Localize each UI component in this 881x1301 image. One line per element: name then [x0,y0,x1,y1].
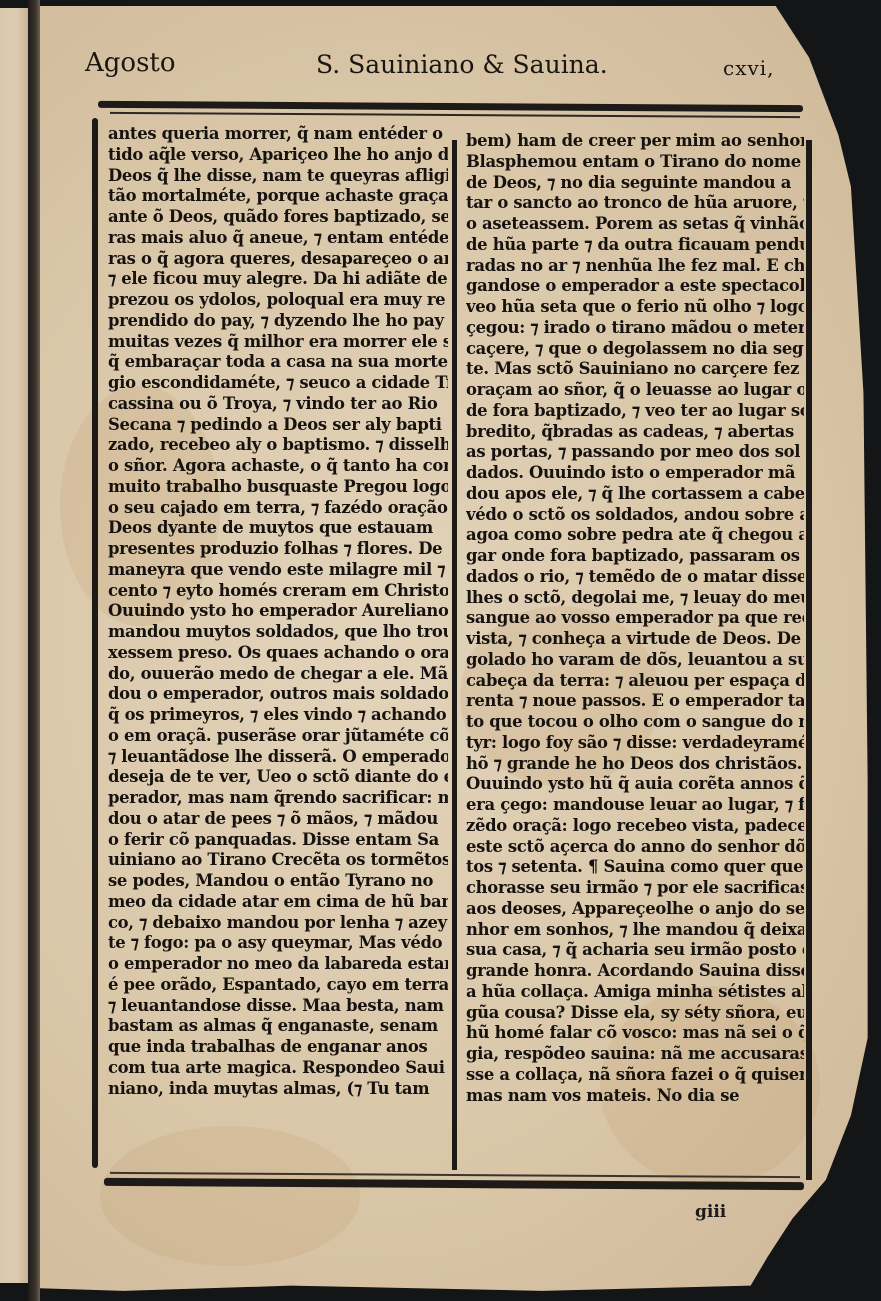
text-line: este sctõ açerca do anno do senhor dõ du… [466,837,804,858]
text-line: sua casa, ⁊ q̃ acharia seu irmão posto e… [466,940,804,961]
text-line: presentes produzio folhas ⁊ flores. De [108,539,448,560]
text-line: dou apos ele, ⁊ q̃ lhe cortassem a cabeç… [466,484,804,505]
text-line: deseja de te ver, Ueo o sctõ diante do e… [108,767,448,788]
text-line: gandose o emperador a este spectacolo, [466,276,804,297]
text-line: grande honra. Acordando Sauina disse [466,961,804,982]
text-line: Blasphemou entam o Tirano do nome [466,152,804,173]
text-line: mandou muytos soldados, que lho trou [108,622,448,643]
text-line: uiniano ao Tirano Crecẽta os tormẽtos [108,850,448,871]
text-line: do, ouuerão medo de chegar a ele. Mã [108,664,448,685]
text-line: dou o emperador, outros mais soldados, [108,684,448,705]
text-line: te. Mas sctõ Sauiniano no carçere fez [466,359,804,380]
text-line: que inda trabalhas de enganar anos [108,1037,448,1058]
running-header: Agosto S. Sauiniano & Sauina. cxvi, [85,48,801,88]
text-line: maneyra que vendo este milagre mil ⁊ [108,560,448,581]
text-line: dou o atar de pees ⁊ õ mãos, ⁊ mãdou [108,809,448,830]
text-line: muito trabalho busquaste Pregou logo [108,477,448,498]
text-line: cassina ou õ Troya, ⁊ vindo ter ao Rio [108,394,448,415]
text-line: o ferir cõ panquadas. Disse entam Sa [108,830,448,851]
text-line: caçere, ⁊ que o degolassem no dia seguin [466,339,804,360]
text-line: Ouuindo ysto hũ q̃ auia corẽta annos q̃ [466,774,804,795]
text-line: Deos q̃ lhe disse, nam te queyras afligi… [108,166,448,187]
text-line: q̃ embaraçar toda a casa na sua morte, f… [108,352,448,373]
text-line: bredito, q̃bradas as cadeas, ⁊ abertas [466,422,804,443]
text-line: Ouuindo ysto ho emperador Aureliano [108,601,448,622]
text-line: te ⁊ fogo: pa o asy queymar, Mas védo [108,933,448,954]
text-line: dados o rio, ⁊ temẽdo de o matar disse [466,567,804,588]
text-line: védo o sctõ os soldados, andou sobre a [466,505,804,526]
text-line: gia, respõdeo sauina: nã me accusaras oi [466,1044,804,1065]
text-line: dados. Ouuindo isto o emperador mã [466,463,804,484]
text-line: ⁊ leuantãdose lhe disserã. O emperador [108,747,448,768]
text-line: com tua arte magica. Respondeo Saui [108,1058,448,1079]
text-line: o emperador no meo da labareda estar [108,954,448,975]
text-line: nhor em sonhos, ⁊ lhe mandou q̃ deixasse [466,920,804,941]
text-line: hũ homé falar cõ vosco: mas nã sei o q̃ … [466,1023,804,1044]
text-line: tar o sancto ao tronco de hũa aruore, ⁊ … [466,193,804,214]
text-line: cabeça da terra: ⁊ aleuou per espaça de … [466,671,804,692]
text-line: ras mais aluo q̃ aneue, ⁊ entam entéde [108,228,448,249]
text-line: niano, inda muytas almas, (⁊ Tu tam [108,1079,448,1100]
text-line: radas no ar ⁊ nenhũa lhe fez mal. E che [466,256,804,277]
text-line: ⁊ ele ficou muy alegre. Da hi adiãte des [108,269,448,290]
text-line: zado, recebeo aly o baptismo. ⁊ disselhe [108,435,448,456]
text-line: cento ⁊ eyto homés creram em Christo. [108,581,448,602]
text-column-left: antes queria morrer, q̃ nam entéder o sé… [108,124,448,1099]
text-line: antes queria morrer, q̃ nam entéder o sé [108,124,448,145]
book-gutter [28,0,40,1301]
text-line: tão mortalméte, porque achaste graça di [108,186,448,207]
text-line: tyr: logo foy são ⁊ disse: verdadeyramét… [466,733,804,754]
paper-stain [100,1126,360,1266]
text-line: de fora baptizado, ⁊ veo ter ao lugar so [466,401,804,422]
text-line: ⁊ leuantandose disse. Maa besta, nam te [108,996,448,1017]
text-line: prendido do pay, ⁊ dyzendo lhe ho pay [108,311,448,332]
left-border-rule [92,118,98,1168]
text-line: çegou: ⁊ irado o tirano mãdou o meter no [466,318,804,339]
text-line: perador, mas nam q̃rendo sacrificar: mã [108,788,448,809]
facing-page-edge [0,8,30,1283]
text-line: as portas, ⁊ passando por meo dos sol [466,442,804,463]
text-line: renta ⁊ noue passos. E o emperador tan [466,691,804,712]
text-line: o sñor. Agora achaste, o q̃ tanto ha com [108,456,448,477]
text-line: lhes o sctõ, degolai me, ⁊ leuay do meu [466,588,804,609]
text-line: é pee orãdo, Espantado, cayo em terra [108,975,448,996]
text-line: golado ho varam de dõs, leuantou a sua [466,650,804,671]
text-line: vista, ⁊ conheça a virtude de Deos. De [466,629,804,650]
text-line: tido aq̃le verso, Apariçeo lhe ho anjo d… [108,145,448,166]
signature-mark: giii [695,1202,726,1222]
text-line: sse a collaça, nã sñora fazei o q̃ quise… [466,1065,804,1086]
text-line: agoa como sobre pedra ate q̃ chegou ao l… [466,525,804,546]
text-line: Deos dyante de muytos que estauam [108,518,448,539]
text-line: de hũa parte ⁊ da outra ficauam pendu [466,235,804,256]
text-line: o aseteassem. Porem as setas q̃ vinhão [466,214,804,235]
text-line: co, ⁊ debaixo mandou por lenha ⁊ azey [108,913,448,934]
folio-number: cxvi, [723,56,775,80]
text-line: to que tocou o olho com o sangue do mar [466,712,804,733]
text-line: chorasse seu irmão ⁊ por ele sacrificass… [466,878,804,899]
text-line: o em oraçã. puserãse orar jũtaméte cõ el… [108,726,448,747]
text-line: era çego: mandouse leuar ao lugar, ⁊ fa [466,795,804,816]
column-divider [452,140,457,1170]
text-line: xessem preso. Os quaes achando o oran [108,643,448,664]
text-line: a hũa collaça. Amiga minha sétistes al [466,982,804,1003]
text-column-right: bem) ham de creer per mim ao senhor.Blas… [466,131,804,1106]
text-line: muitas vezes q̃ milhor era morrer ele so… [108,332,448,353]
text-line: veo hũa seta que o ferio nũ olho ⁊ logo [466,297,804,318]
header-month: Agosto [85,48,176,78]
text-line: gũa cousa? Disse ela, sy séty sñora, eu … [466,1003,804,1024]
text-line: de Deos, ⁊ no dia seguinte mandou a [466,173,804,194]
text-line: q̃ os primeyros, ⁊ eles vindo ⁊ achando [108,705,448,726]
text-line: ante õ Deos, quãdo fores baptizado, se [108,207,448,228]
text-line: gio escondidaméte, ⁊ seuco a cidade Tre [108,373,448,394]
text-line: o seu cajado em terra, ⁊ fazédo oração a [108,498,448,519]
text-line: Secana ⁊ pedindo a Deos ser aly bapti [108,415,448,436]
text-line: oraçam ao sñor, q̃ o leuasse ao lugar on [466,380,804,401]
text-line: tos ⁊ setenta. ¶ Sauina como quer que [466,857,804,878]
text-line: zẽdo oraçã: logo recebeo vista, padeceo [466,816,804,837]
text-line: bem) ham de creer per mim ao senhor. [466,131,804,152]
text-line: sangue ao vosso emperador pa que reçeba [466,608,804,629]
text-line: aos deoses, Appareçeolhe o anjo do se [466,899,804,920]
right-border-rule [806,140,812,1180]
text-line: se podes, Mandou o então Tyrano no [108,871,448,892]
text-line: meo da cidade atar em cima de hũ ban [108,892,448,913]
text-line: hõ ⁊ grande he ho Deos dos christãos. [466,754,804,775]
text-line: bastam as almas q̃ enganaste, senam [108,1016,448,1037]
text-line: mas nam vos mateis. No dia se [466,1086,804,1107]
text-line: gar onde fora baptizado, passaram os sol [466,546,804,567]
text-line: prezou os ydolos, poloqual era muy re [108,290,448,311]
header-title: S. Sauiniano & Sauina. [316,50,608,79]
text-line: ras o q̃ agora queres, desapareçeo o anj… [108,249,448,270]
